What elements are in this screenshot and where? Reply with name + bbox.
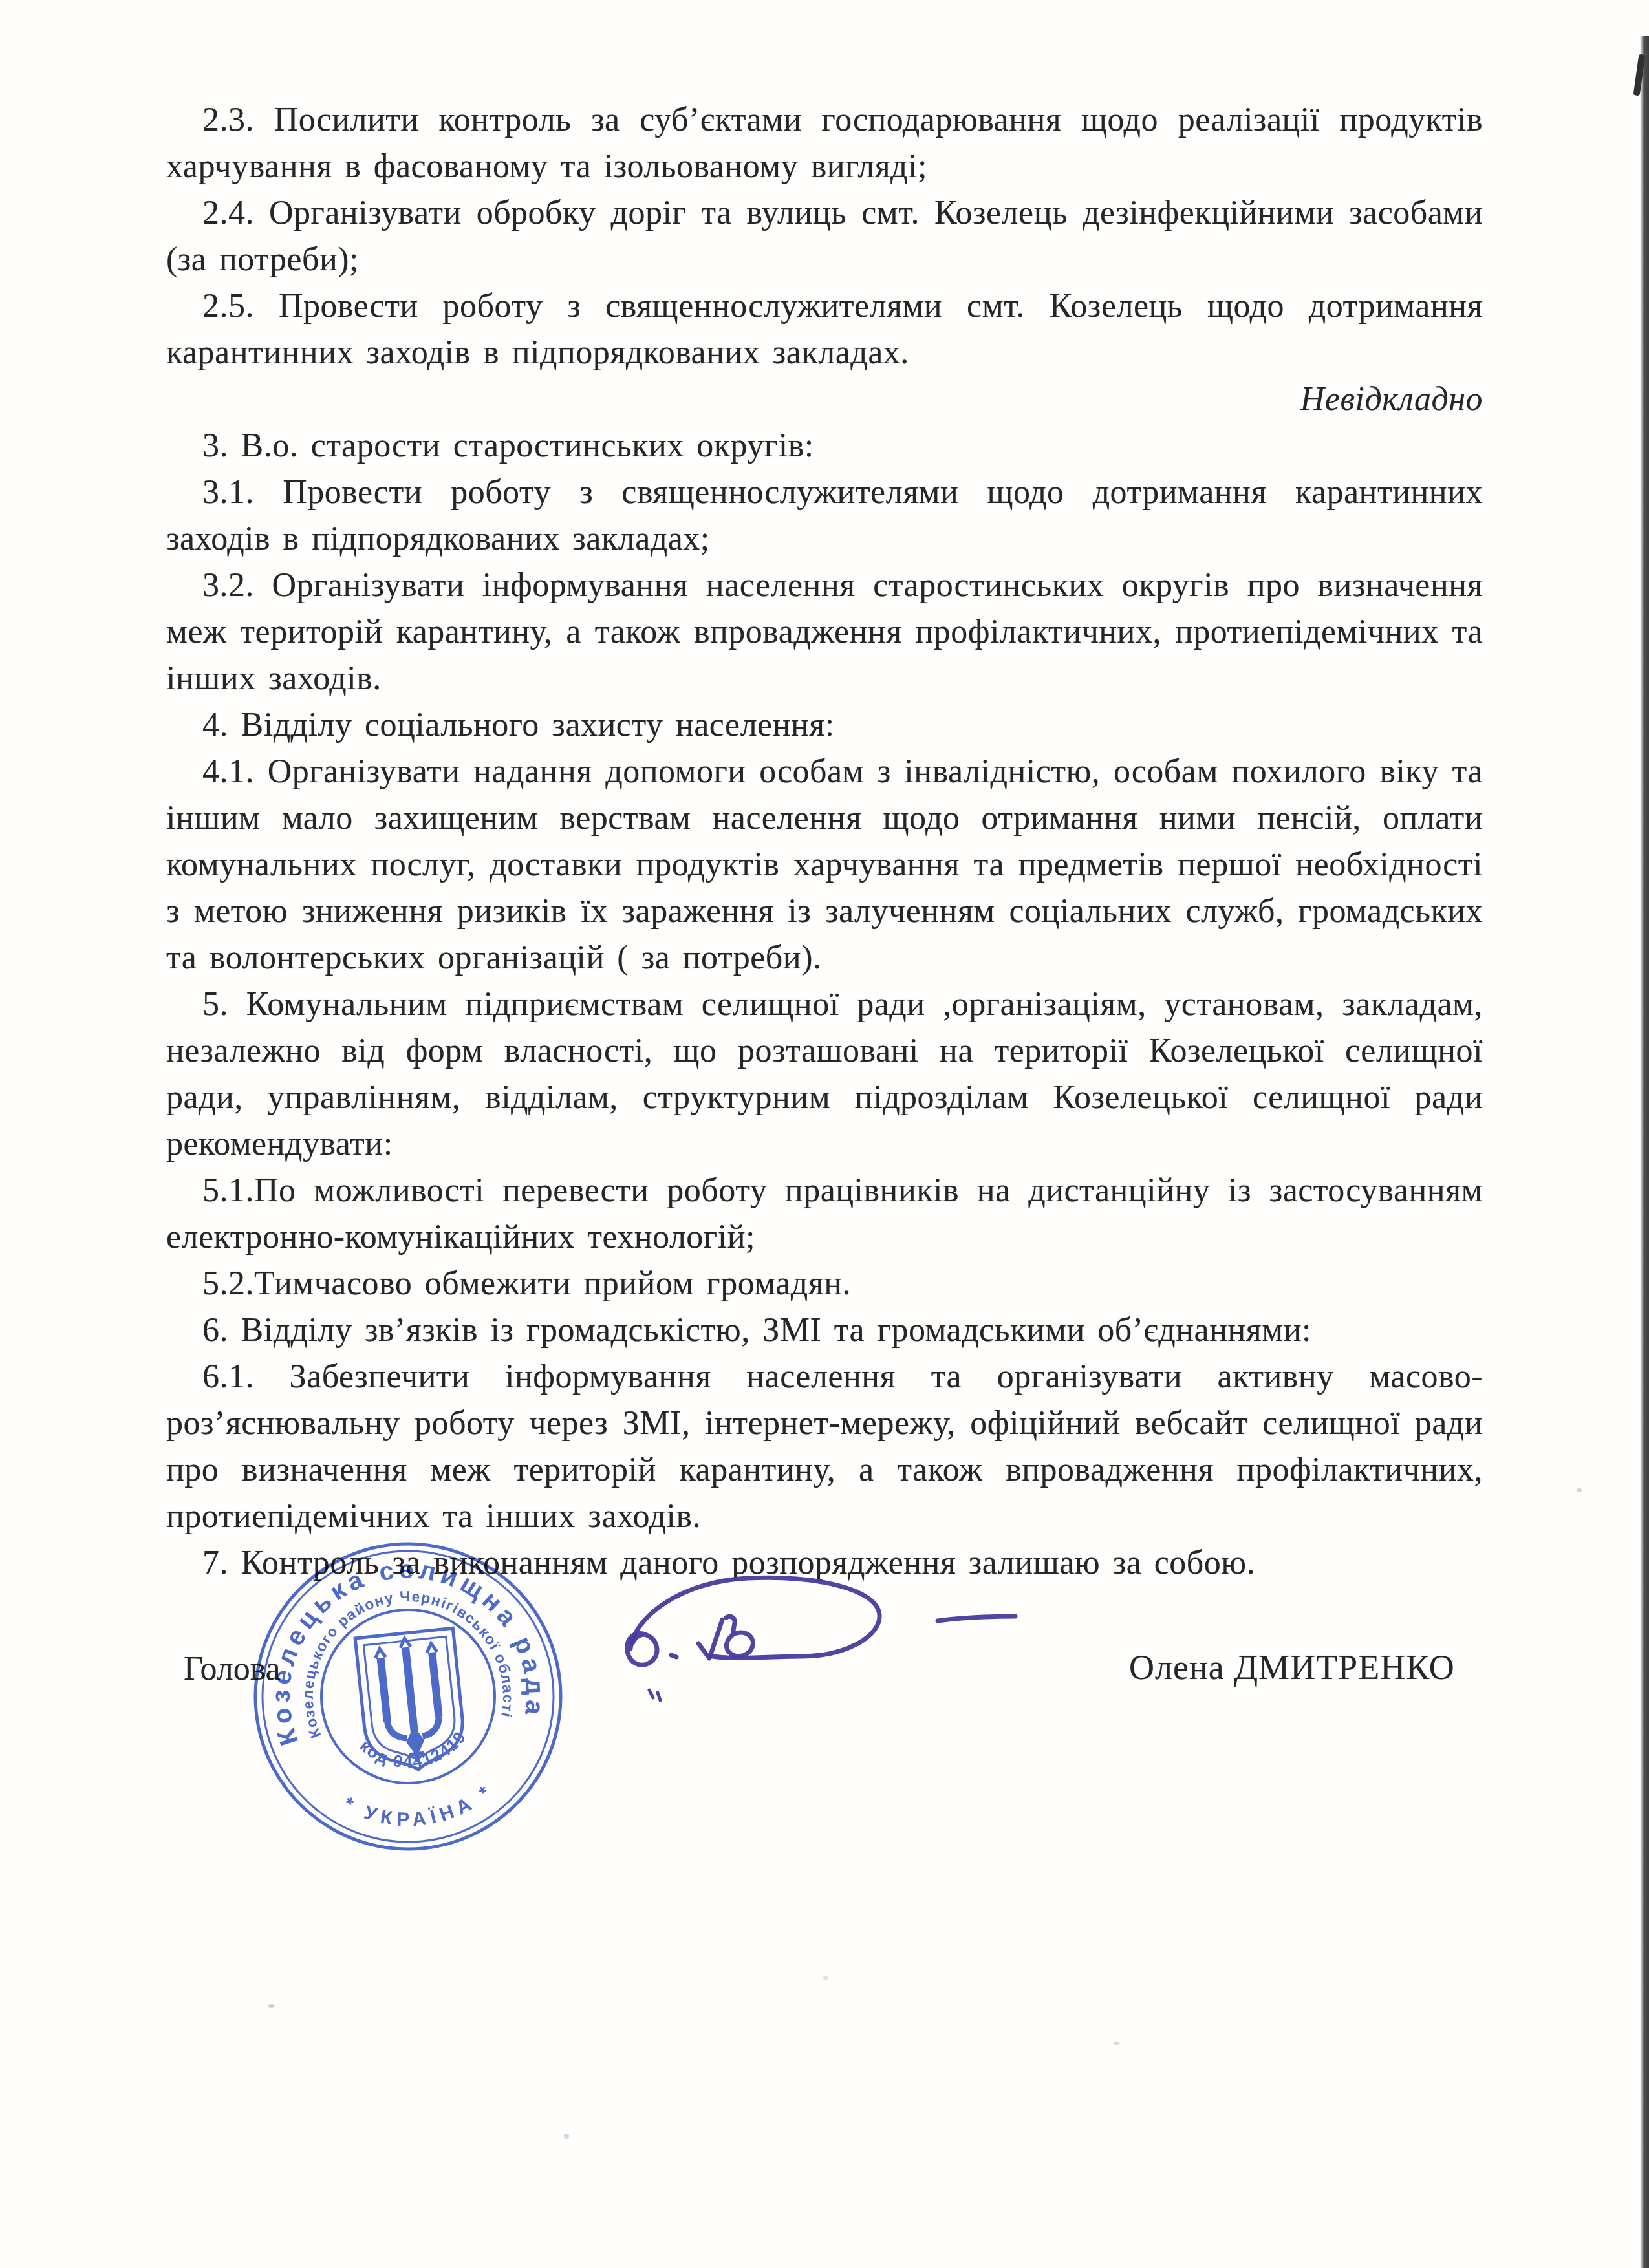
paragraph-5: 5. Комунальним підприємствам селищної ра…: [166, 981, 1483, 1168]
scan-speck: [823, 1976, 828, 1980]
svg-text:* УКРАЇНА *: * УКРАЇНА *: [338, 1777, 502, 1837]
official-round-stamp: Козелецька селищна рада Козелецького рай…: [240, 1528, 576, 1865]
paragraph-4: 4. Відділу соціального захисту населення…: [166, 702, 1483, 749]
paragraph-5-1: 5.1.По можливості перевести роботу праці…: [166, 1168, 1483, 1261]
scan-speck: [1114, 2042, 1119, 2045]
paragraph-3: 3. В.о. старости старостинських округів:: [166, 423, 1483, 469]
paragraph-6: 6. Відділу зв’язків із громадськістю, ЗМ…: [166, 1307, 1483, 1354]
scan-speck: [1577, 1488, 1582, 1492]
stamp-country-text: * УКРАЇНА *: [338, 1777, 502, 1837]
paragraph-2-4: 2.4. Організувати обробку доріг та вулиц…: [166, 190, 1483, 283]
paragraph-2-3: 2.3. Посилити контроль за суб’єктами гос…: [166, 97, 1483, 190]
document-body: 2.3. Посилити контроль за суб’єктами гос…: [166, 97, 1483, 1587]
paragraph-3-2: 3.2. Організувати інформування населення…: [166, 562, 1483, 702]
urgency-note: Невідкладно: [166, 376, 1483, 423]
paragraph-4-1: 4.1. Організувати надання допомоги особа…: [166, 749, 1483, 981]
signer-name: Олена ДМИТРЕНКО: [1129, 1647, 1455, 1687]
paragraph-3-1: 3.1. Провести роботу з священнослужителя…: [166, 469, 1483, 562]
paragraph-5-2: 5.2.Тимчасово обмежити прийом громадян.: [166, 1261, 1483, 1307]
paragraph-2-5: 2.5. Провести роботу з священнослужителя…: [166, 283, 1483, 376]
scanned-document-page: 2.3. Посилити контроль за суб’єктами гос…: [0, 0, 1649, 2268]
handwritten-signature: [601, 1558, 1054, 1726]
scan-speck: [564, 2134, 569, 2139]
paragraph-6-1: 6.1. Забезпечити інформування населення …: [166, 1354, 1483, 1540]
scan-speck: [268, 2004, 275, 2008]
scan-edge-artifact: [1640, 36, 1649, 2268]
